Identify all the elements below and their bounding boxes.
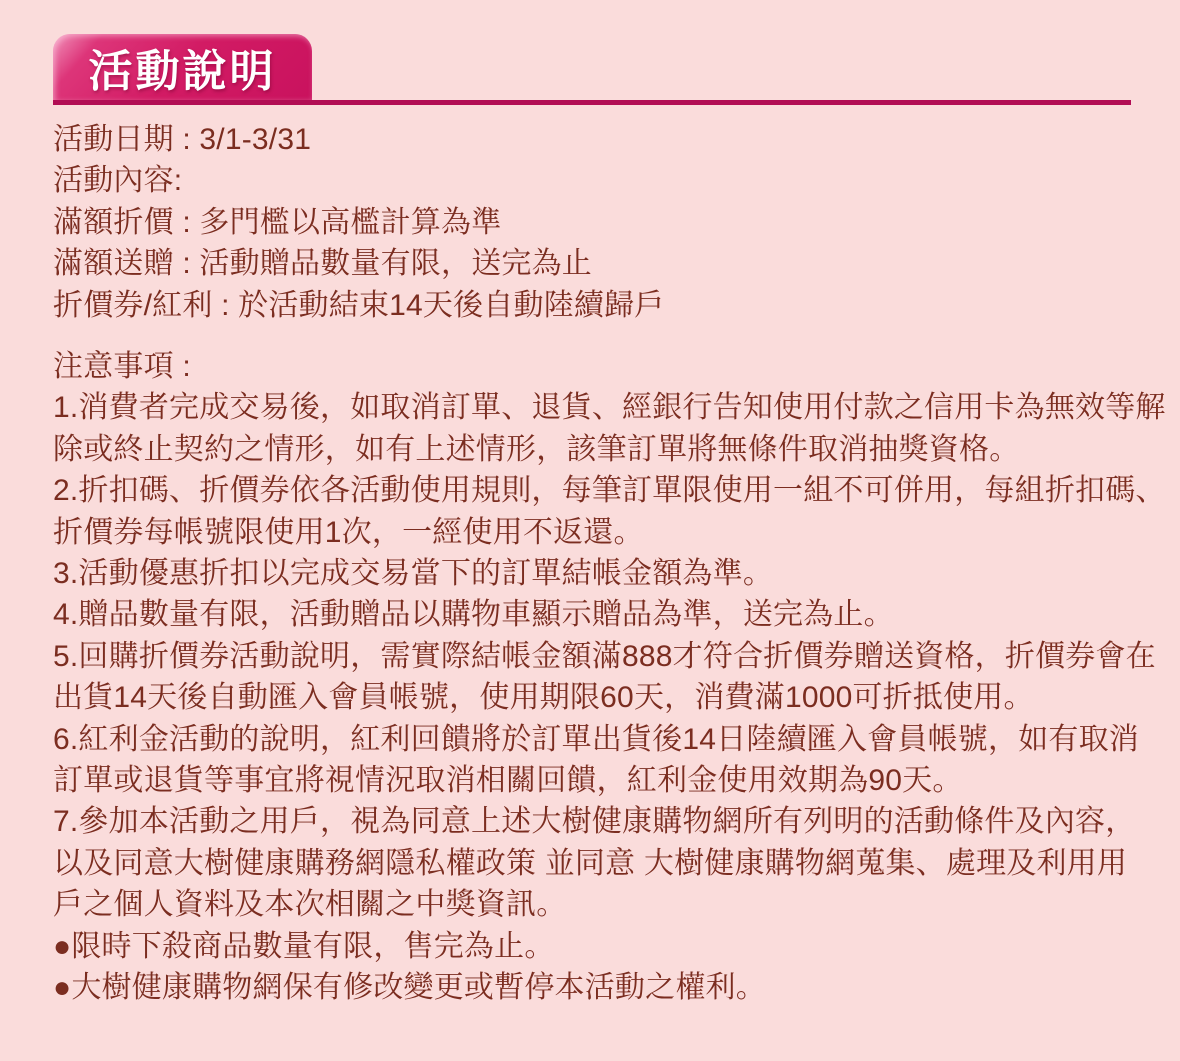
note-line: 2.折扣碼、折價券依各活動使用規則，每筆訂單限使用一組不可併用，每組折扣碼、 [53,470,1133,511]
note-line: 以及同意大樹健康購務網隱私權政策 並同意 大樹健康購物網蒐集、處理及利用用 [53,843,1133,884]
coupon-bonus-line: 折價券/紅利 : 於活動結束14天後自動陸續歸戶 [53,285,1133,326]
note-line: 折價券每帳號限使用1次，一經使用不返還。 [53,512,1133,553]
note-line: 出貨14天後自動匯入會員帳號，使用期限60天，消費滿1000可折抵使用。 [53,677,1133,718]
activity-info-block: 活動日期 : 3/1-3/31 活動內容: 滿額折價 : 多門檻以高檻計算為準 … [53,119,1133,326]
note-line: 5.回購折價券活動說明，需實際結帳金額滿888才符合折價券贈送資格，折價券會在 [53,636,1133,677]
bullet-note-line: ●大樹健康購物網保有修改變更或暫停本活動之權利。 [53,967,1133,1008]
gift-rule-line: 滿額送贈 : 活動贈品數量有限，送完為止 [53,243,1133,284]
note-line: 除或終止契約之情形，如有上述情形，該筆訂單將無條件取消抽獎資格。 [53,429,1133,470]
notes-block: 注意事項 : 1.消費者完成交易後，如取消訂單、退貨、經銀行告知使用付款之信用卡… [53,346,1133,1009]
note-line: 6.紅利金活動的說明，紅利回饋將於訂單出貨後14日陸續匯入會員帳號，如有取消 [53,719,1133,760]
activity-content-line: 活動內容: [53,160,1133,201]
note-line: 4.贈品數量有限，活動贈品以購物車顯示贈品為準，送完為止。 [53,594,1133,635]
note-line: 3.活動優惠折扣以完成交易當下的訂單結帳金額為準。 [53,553,1133,594]
discount-rule-line: 滿額折價 : 多門檻以高檻計算為準 [53,202,1133,243]
section-title-badge: 活動說明 [53,34,312,100]
activity-date-line: 活動日期 : 3/1-3/31 [53,119,1133,160]
bullet-note-line: ●限時下殺商品數量有限，售完為止。 [53,926,1133,967]
activity-description-panel: 活動說明 活動日期 : 3/1-3/31 活動內容: 滿額折價 : 多門檻以高檻… [0,0,1180,1061]
note-line: 訂單或退貨等事宜將視情況取消相關回饋，紅利金使用效期為90天。 [53,760,1133,801]
note-line: 7.參加本活動之用戶，視為同意上述大樹健康購物網所有列明的活動條件及內容， [53,801,1133,842]
notes-heading: 注意事項 : [53,346,1133,387]
header-underline [53,100,1131,105]
note-line: 1.消費者完成交易後，如取消訂單、退貨、經銀行告知使用付款之信用卡為無效等解 [53,387,1133,428]
section-title: 活動說明 [89,35,277,99]
note-line: 戶之個人資料及本次相關之中獎資訊。 [53,884,1133,925]
